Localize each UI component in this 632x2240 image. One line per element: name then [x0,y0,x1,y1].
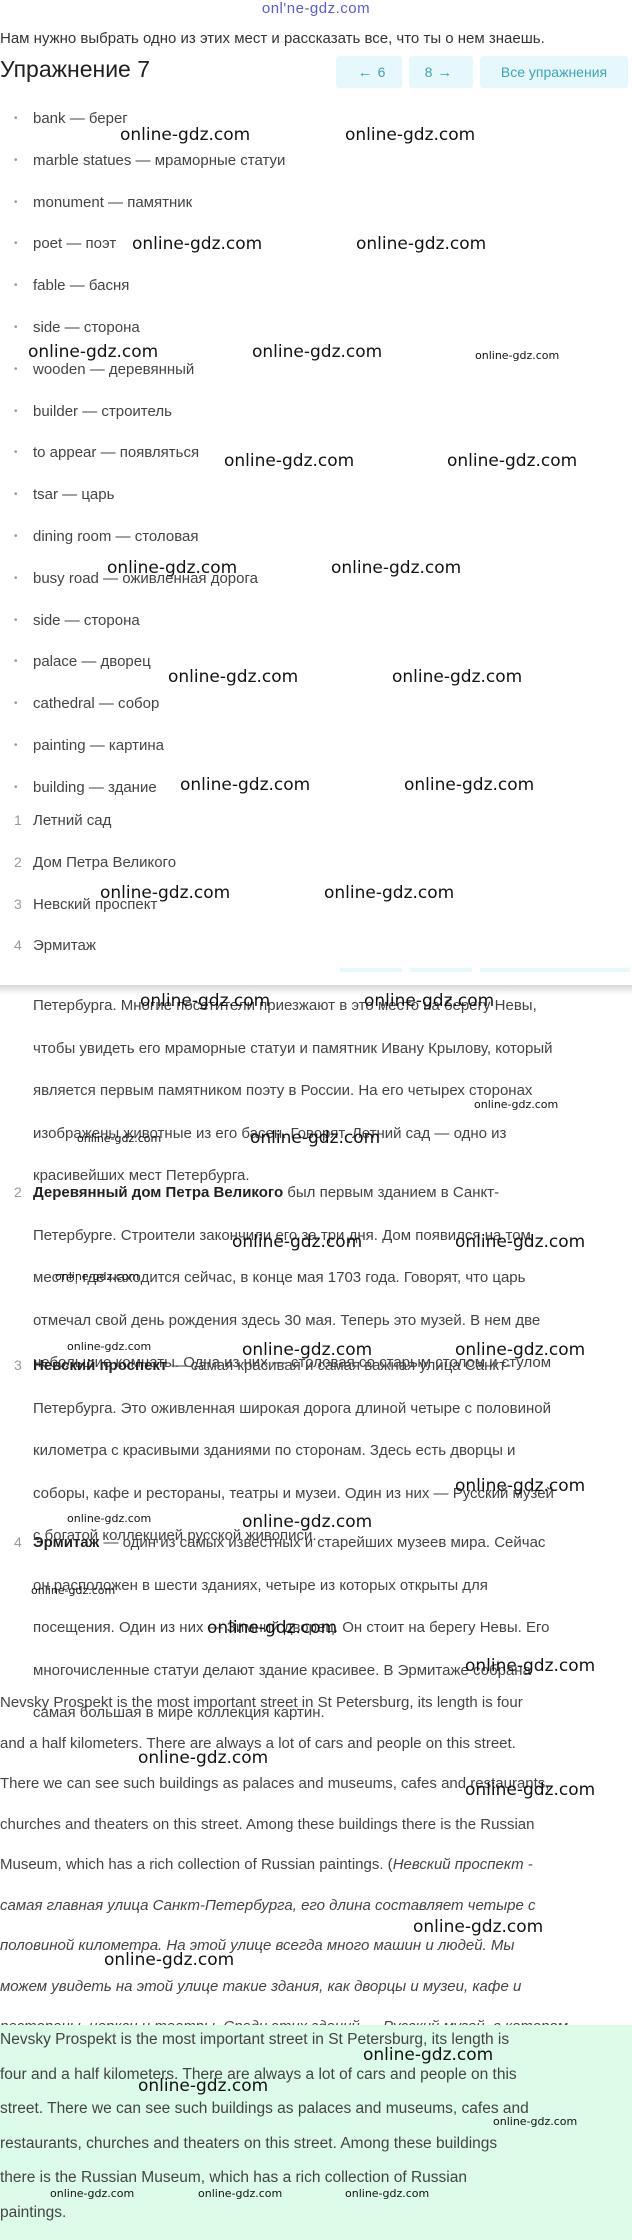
text-line: месте, где находится сейчас, в конце мая… [33,1269,525,1286]
text-line: половиной километра. На этой улице всегд… [0,1937,514,1954]
vocab-item: •poet — поэт [0,235,285,277]
place-title: Эрмитаж [33,1534,99,1551]
watermark-text: online-gdz.com [67,1340,151,1353]
text-line: красивейших мест Петербурга. [33,1167,250,1184]
bullet-icon: • [0,779,33,797]
bullet-icon: • [0,444,33,462]
vocab-item: •fable — басня [0,277,285,319]
watermark-text: online-gdz.com [447,451,577,471]
bullet-icon: • [0,110,33,128]
bullet-icon: • [0,152,33,170]
vocab-text: painting — картина [33,737,164,754]
vocab-text: marble statues — мраморные статуи [33,152,285,169]
vocab-text: fable — басня [33,277,129,294]
text-line: Nevsky Prospekt is the most important st… [0,2031,509,2049]
place-number: 1 [0,812,33,854]
page-title: Упражнение 7 [0,56,150,83]
vocab-item: •marble statues — мраморные статуи [0,152,285,194]
text-line: Петербурга. Многие посетители приезжают … [33,997,537,1014]
bullet-icon: • [0,653,33,671]
text-line: является первым памятником поэту в Росси… [33,1082,532,1099]
vocab-text: bank — берег [33,110,128,127]
vocabulary-list: •bank — берег•marble statues — мраморные… [0,110,285,821]
text-line: Эрмитаж — один из самых известных и стар… [33,1534,545,1551]
bullet-icon: • [0,361,33,379]
place-title: Невский проспект [33,1357,167,1374]
text-line: Петербурге. Строители закончили его за т… [33,1227,531,1244]
arrow-right-icon: → [437,64,452,81]
text-line: four and a half kilometers. There are al… [0,2066,517,2084]
watermark-text: online-gdz.com [392,667,522,687]
text-line: Деревянный дом Петра Великого был первым… [33,1184,499,1201]
next-exercise-button[interactable]: 8 → [409,56,473,88]
bullet-icon: • [0,277,33,295]
russian-translation: можем увидеть на этой улице такие здания… [0,1978,521,1995]
intro-text: Нам нужно выбрать одно из этих мест и ра… [0,30,545,47]
text-line: and a half kilometers. There are always … [0,1735,516,1752]
vocab-text: to appear — появляться [33,444,199,461]
bullet-icon: • [0,612,33,630]
place-title: Деревянный дом Петра Великого [33,1184,283,1201]
text-line: churches and theaters on this street. Am… [0,1816,534,1833]
vocab-text: monument — памятник [33,194,192,211]
text-line: он расположен в шести зданиях, четыре из… [33,1577,488,1594]
vocab-item: •cathedral — собор [0,695,285,737]
vocab-text: side — сторона [33,319,140,336]
text-line: Петербурга. Это оживленная широкая дорог… [33,1400,551,1417]
place-name: Летний сад [33,812,111,854]
paragraph-number: 4 [14,1534,22,1550]
text-line: Museum, which has a rich collection of R… [0,1856,533,1873]
watermark-text: online-gdz.com [474,1098,558,1111]
place-item: 1Летний сад [0,812,176,854]
place-item: 4Эрмитаж [0,937,176,979]
watermark-text: online-gdz.com [67,1512,151,1525]
place-item: 2Дом Петра Великого [0,854,176,896]
prev-exercise-button[interactable]: ← 6 [336,56,402,88]
prev-exercise-label: 6 [378,64,386,80]
text-line: street. There we can see such buildings … [0,2100,529,2118]
exercise-nav: ← 6 8 → Все упражнения [336,56,628,88]
text-line: restaurants, churches and theaters on th… [0,2135,497,2153]
place-number: 4 [0,937,33,979]
place-item: 3Невский проспект [0,896,176,938]
text-line: Невский проспект — самая красивая и сама… [33,1357,511,1374]
vocab-text: dining room — столовая [33,528,198,545]
vocab-text: wooden — деревянный [33,361,194,378]
watermark-text: online-gdz.com [356,234,486,254]
vocab-item: •to appear — появляться [0,444,285,486]
bullet-icon: • [0,319,33,337]
bullet-icon: • [0,403,33,421]
watermark-text: online-gdz.com [475,349,559,362]
watermark-text: online-gdz.com [345,125,475,145]
vocab-text: tsar — царь [33,486,114,503]
bullet-icon: • [0,194,33,212]
text-line: Nevsky Prospekt is the most important st… [0,1694,523,1711]
russian-translation: самая главная улица Санкт-Петербурга, ег… [0,1897,536,1914]
places-list: 1Летний сад2Дом Петра Великого3Невский п… [0,812,176,979]
vocab-item: •monument — памятник [0,194,285,236]
paragraph-number: 3 [14,1357,22,1373]
text-line: самая главная улица Санкт-Петербурга, ег… [0,1897,536,1914]
vocab-item: •side — сторона [0,612,285,654]
vocab-text: palace — дворец [33,653,151,670]
vocab-text: builder — строитель [33,403,172,420]
bullet-icon: • [0,528,33,546]
text-line: There we can see such buildings as palac… [0,1775,549,1792]
text-line: изображены животные из его басен. Говоря… [33,1125,506,1142]
russian-translation: половиной километра. На этой улице всегд… [0,1937,514,1954]
text-line: paintings. [0,2204,66,2222]
watermark-text: online-gdz.com [404,775,534,795]
watermark-text: online-gdz.com [413,1917,543,1937]
vocab-item: •bank — берег [0,110,285,152]
vocab-item: •tsar — царь [0,486,285,528]
vocab-text: side — сторона [33,612,140,629]
text-line: соборы, кафе и рестораны, театры и музеи… [33,1485,554,1502]
place-name: Невский проспект [33,896,157,938]
vocab-text: cathedral — собор [33,695,159,712]
bullet-icon: • [0,737,33,755]
all-exercises-button[interactable]: Все упражнения [480,56,628,88]
place-number: 2 [0,854,33,896]
text-line: многочисленные статуи делают здание крас… [33,1662,531,1679]
bullet-icon: • [0,235,33,253]
watermark-text: online-gdz.com [331,558,461,578]
bullet-icon: • [0,486,33,504]
site-watermark: onl'ne-gdz.com [0,0,632,17]
vocab-item: •dining room — столовая [0,528,285,570]
text-line: можем увидеть на этой улице такие здания… [0,1978,521,1995]
bullet-icon: • [0,695,33,713]
nav-shadow [340,968,630,972]
watermark-text: online-gdz.com [324,883,454,903]
vocab-item: •painting — картина [0,737,285,779]
vocab-item: •wooden — деревянный [0,361,285,403]
vocab-text: busy road — оживленная дорога [33,570,258,587]
vocab-item: •palace — дворец [0,653,285,695]
screenshot-seam [0,985,632,995]
vocab-text: poet — поэт [33,235,116,252]
text-line: километра с красивыми зданиями по сторон… [33,1442,515,1459]
russian-translation: Невский проспект - [393,1856,533,1873]
answer-box: Nevsky Prospekt is the most important st… [0,2025,632,2240]
arrow-left-icon: ← [358,64,373,81]
place-name: Эрмитаж [33,937,96,979]
bullet-icon: • [0,570,33,588]
vocab-item: •busy road — оживленная дорога [0,570,285,612]
text-line: отмечал свой день рождения здесь 30 мая.… [33,1312,540,1329]
vocab-item: •side — сторона [0,319,285,361]
place-name: Дом Петра Великого [33,854,176,896]
text-line: чтобы увидеть его мраморные статуи и пам… [33,1040,553,1057]
place-number: 3 [0,896,33,938]
text-line: посещения. Один из них — Зимний дворец. … [33,1619,549,1636]
vocab-item: •builder — строитель [0,403,285,445]
next-exercise-label: 8 [425,64,433,80]
text-line: there is the Russian Museum, which has a… [0,2169,467,2187]
vocab-text: building — здание [33,779,157,796]
paragraph-number: 2 [14,1184,22,1200]
